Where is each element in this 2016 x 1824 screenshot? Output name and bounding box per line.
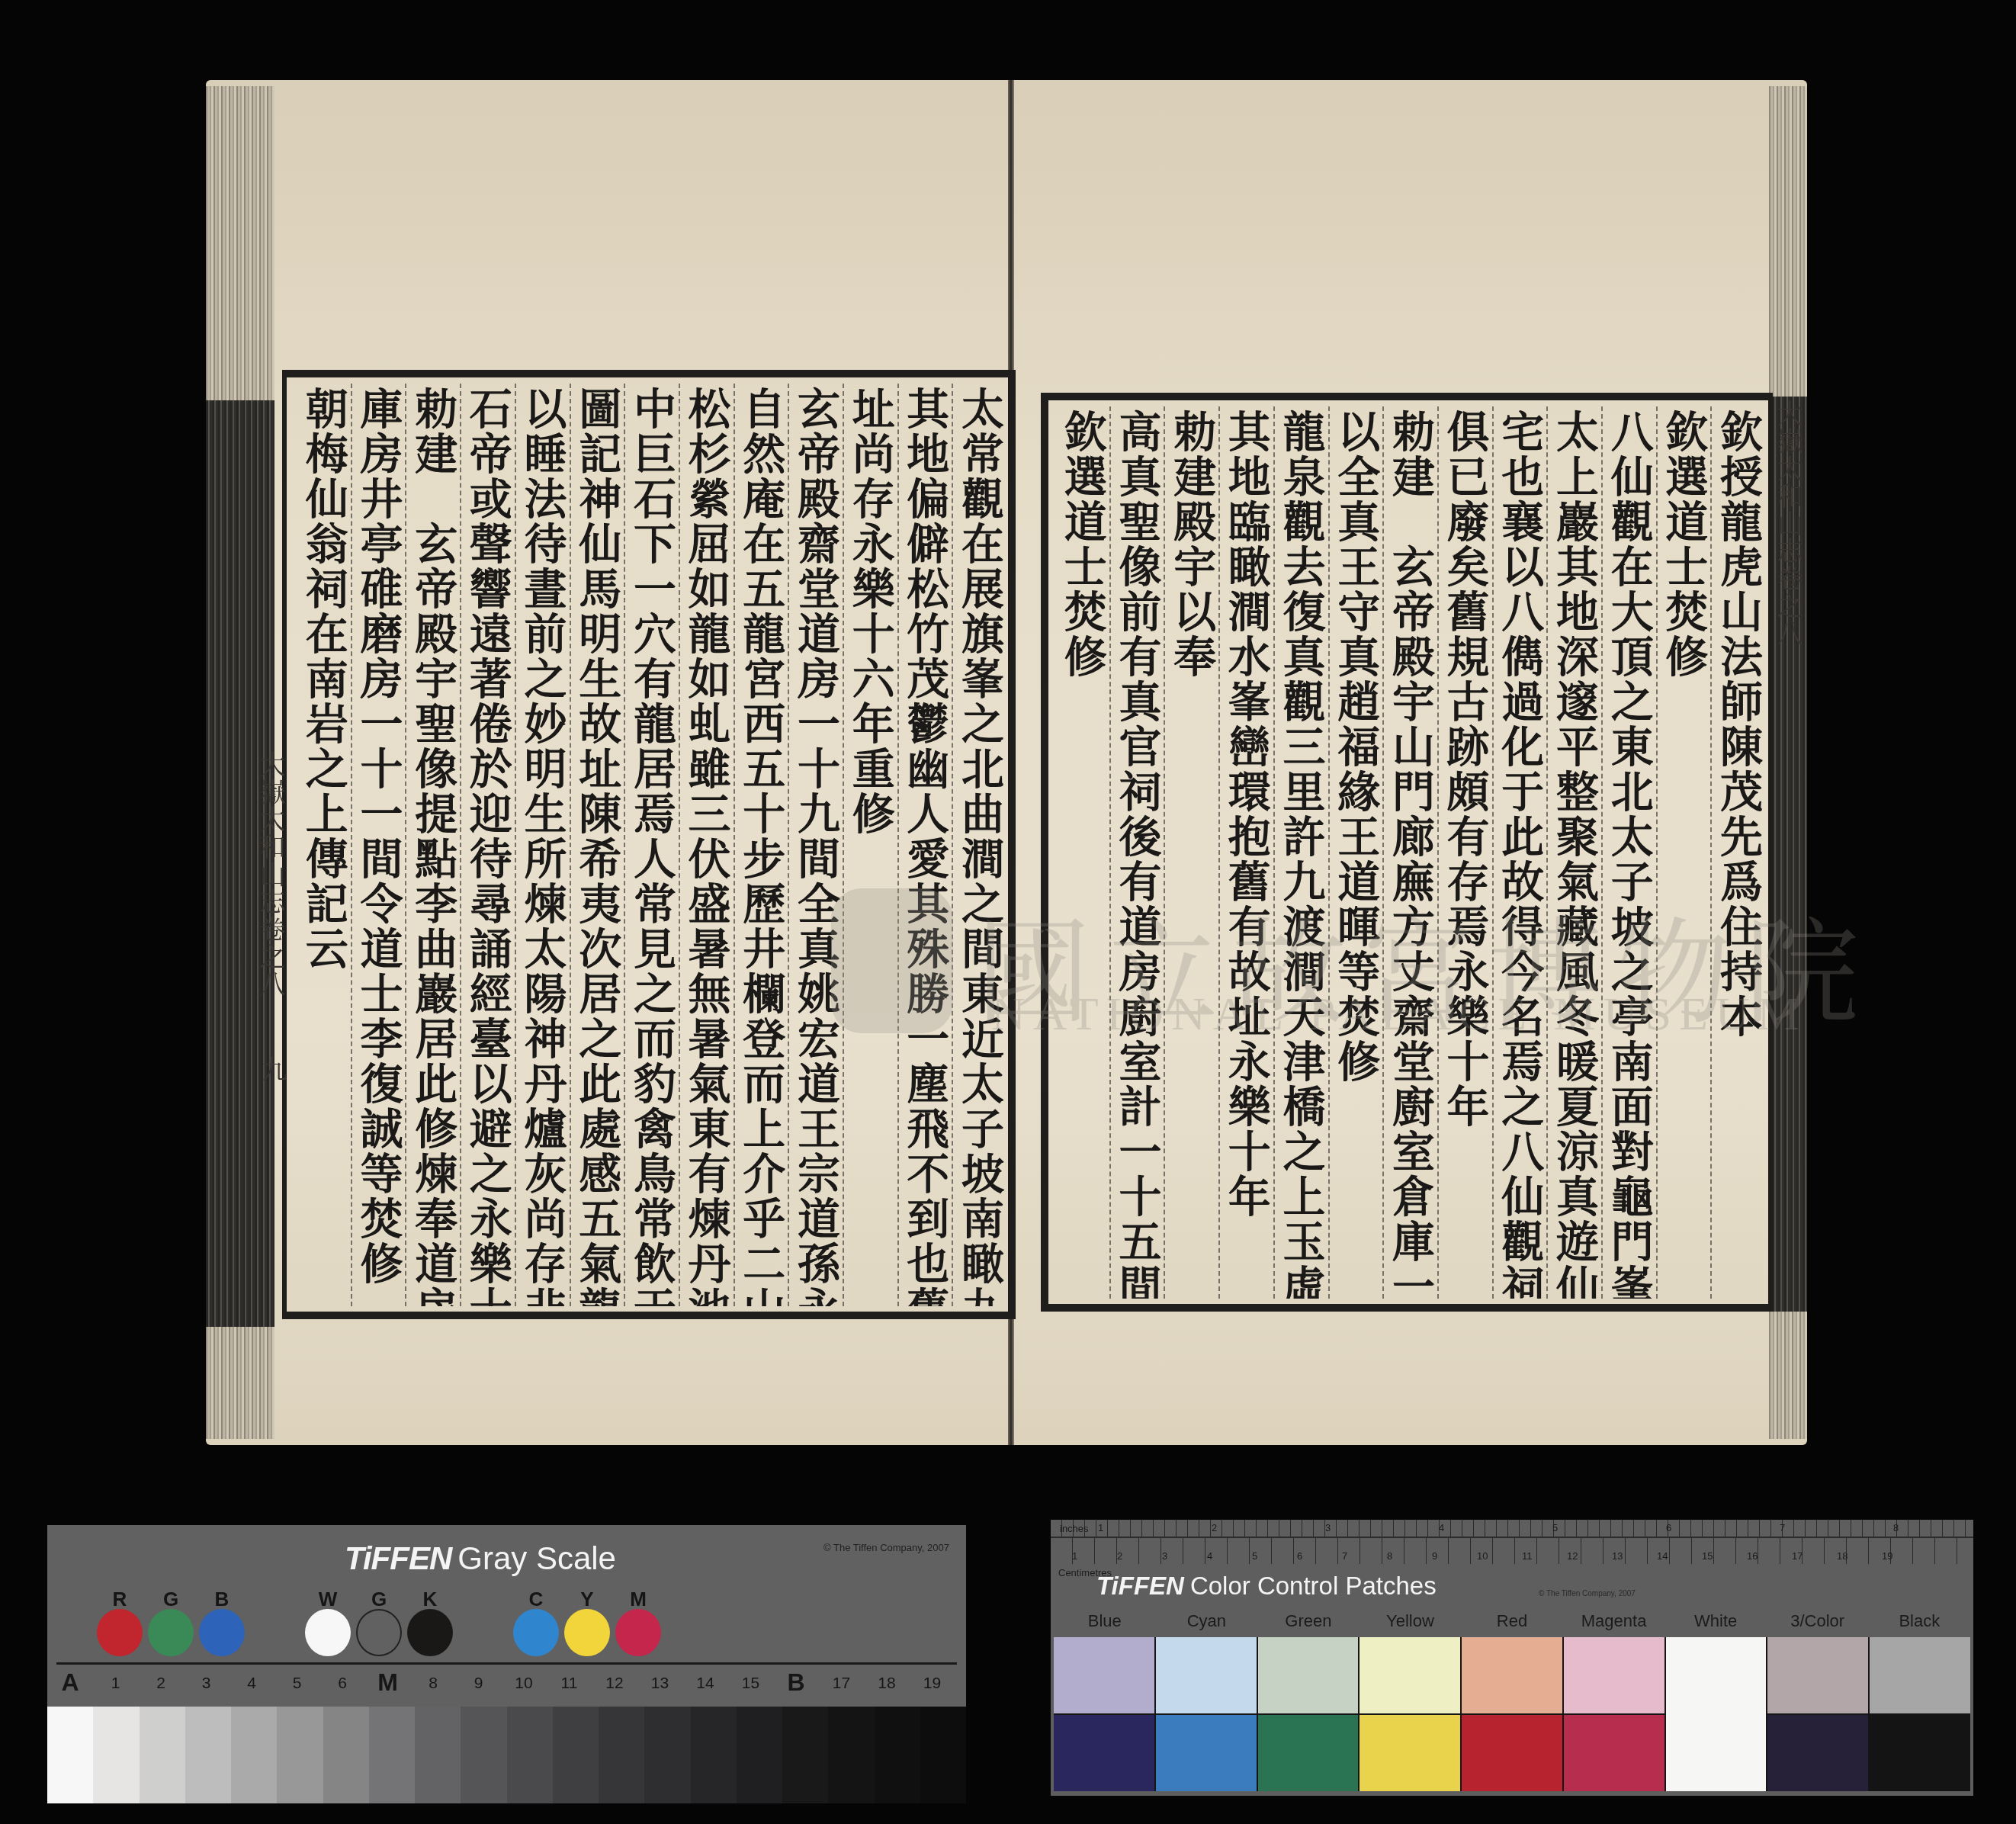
text-column: 自然庵在五龍宮西五十步歷井欄登而上介乎二山之間 bbox=[734, 384, 788, 1306]
step-label: 6 bbox=[327, 1675, 358, 1693]
text-column: 玄帝殿齋堂道房一十九間全真姚宏道王宗道孫永道焚脩 bbox=[788, 384, 843, 1306]
patch-label: Cyan bbox=[1156, 1611, 1258, 1631]
right-page-text: 欽授龍虎山法師陳茂先爲住持本 欽選道士焚修 八仙觀在大頂之東北太子坡之亭南面對龜… bbox=[1056, 406, 1765, 1299]
dot-label: G bbox=[356, 1588, 402, 1611]
cm-tick: 10 bbox=[1477, 1550, 1488, 1562]
cm-tick: 8 bbox=[1387, 1550, 1392, 1562]
step-label: 13 bbox=[645, 1675, 676, 1693]
left-page-text: 太常觀在展旗峯之北曲澗之間東近太子坡南瞰九渡澗 其地偏僻松竹茂鬱幽人愛其殊勝一塵… bbox=[297, 384, 1006, 1306]
dot-label: R bbox=[97, 1588, 143, 1611]
gray-step bbox=[47, 1707, 93, 1803]
reference-dot-icon bbox=[615, 1609, 661, 1656]
gray-step bbox=[231, 1707, 277, 1803]
cm-tick: 7 bbox=[1342, 1550, 1347, 1562]
text-column: 宅也襄以八儁過化于此故得今名焉之八仙觀祠守仙室 bbox=[1492, 406, 1547, 1299]
dot-label: K bbox=[407, 1588, 453, 1611]
step-label: 18 bbox=[872, 1675, 902, 1693]
text-column: 朝梅仙翁祠在南岩之上傳記云 bbox=[297, 384, 351, 1306]
step-label: 9 bbox=[464, 1675, 494, 1693]
text-column: 欽授龍虎山法師陳茂先爲住持本 bbox=[1710, 406, 1765, 1299]
open-book: 太常觀在展旗峯之北曲澗之間東近太子坡南瞰九渡澗 其地偏僻松竹茂鬱幽人愛其殊勝一塵… bbox=[206, 80, 1807, 1445]
gray-step bbox=[920, 1707, 966, 1803]
text-column: 欽選道士焚修 bbox=[1056, 406, 1109, 1299]
gray-chart-copyright: © The Tiffen Company, 2007 bbox=[823, 1542, 949, 1553]
gray-step bbox=[599, 1707, 644, 1803]
color-patch bbox=[1360, 1715, 1460, 1791]
text-column: 圖記神仙馬明生故址陳希夷次居之此處感五氣龍君授 bbox=[570, 384, 624, 1306]
text-column: 其地臨瞰澗水峯巒環抱舊有故址永樂十年 bbox=[1218, 406, 1273, 1299]
color-control-chart: inches Centimetres 123456781234567891011… bbox=[1051, 1520, 1973, 1796]
cm-tick: 12 bbox=[1567, 1550, 1578, 1562]
text-column: 以睡法待晝前之妙明生所煉太陽神丹爐灰尚存非鐵非 bbox=[515, 384, 570, 1306]
cm-tick: 1 bbox=[1072, 1550, 1077, 1562]
color-patch bbox=[1156, 1715, 1257, 1791]
gray-step bbox=[644, 1707, 690, 1803]
inch-tick: 3 bbox=[1325, 1522, 1331, 1533]
inch-tick: 1 bbox=[1098, 1522, 1103, 1533]
text-column: 勅建殿宇以奉 bbox=[1164, 406, 1218, 1299]
text-column: 址尚存永樂十六年重修 bbox=[843, 384, 897, 1306]
color-patch bbox=[1462, 1715, 1562, 1791]
color-patch bbox=[1767, 1715, 1868, 1791]
color-patch bbox=[1258, 1637, 1359, 1713]
color-patch bbox=[1462, 1637, 1562, 1713]
patch-label: Green bbox=[1257, 1611, 1360, 1631]
color-patch bbox=[1870, 1715, 1970, 1791]
text-column: 松杉縈屈如龍如虬雖三伏盛暑無暑氣東有煉丹池水 bbox=[679, 384, 734, 1306]
color-patch bbox=[1666, 1637, 1767, 1791]
gray-step bbox=[277, 1707, 323, 1803]
cm-tick: 6 bbox=[1297, 1550, 1302, 1562]
text-column: 太上巖其地深邃平整聚氣藏風冬暖夏涼真遊仙宴息之 bbox=[1546, 406, 1601, 1299]
gray-step bbox=[828, 1707, 874, 1803]
reference-dot-icon bbox=[148, 1609, 194, 1656]
reference-dot-icon bbox=[97, 1609, 143, 1656]
step-label: 14 bbox=[690, 1675, 721, 1693]
color-patch bbox=[1054, 1637, 1154, 1713]
step-label: 3 bbox=[191, 1675, 222, 1693]
text-column: 龍泉觀去復真觀三里許九渡澗天津橋之上玉虛巖之北 bbox=[1273, 406, 1328, 1299]
gray-step bbox=[369, 1707, 415, 1803]
gray-step bbox=[875, 1707, 920, 1803]
gray-step bbox=[737, 1707, 782, 1803]
cm-tick: 13 bbox=[1612, 1550, 1623, 1562]
patch-label: Red bbox=[1461, 1611, 1563, 1631]
step-label: 4 bbox=[236, 1675, 267, 1693]
step-label: A bbox=[55, 1668, 85, 1697]
patch-label: White bbox=[1664, 1611, 1767, 1631]
step-label: 15 bbox=[736, 1675, 766, 1693]
chart-divider bbox=[56, 1662, 957, 1665]
reference-dot-icon bbox=[305, 1609, 351, 1656]
step-label: 12 bbox=[599, 1675, 630, 1693]
step-label: 1 bbox=[101, 1675, 131, 1693]
color-patch bbox=[1564, 1715, 1664, 1791]
text-column: 石帝或聲響遠著倦於迎待尋誦經臺以避之永樂十年 bbox=[460, 384, 515, 1306]
color-patch bbox=[1360, 1637, 1460, 1713]
text-column: 庫房井亭碓磨房一十一間令道士李復誠等焚修 bbox=[351, 384, 406, 1306]
text-column: 欽選道士焚修 bbox=[1656, 406, 1711, 1299]
text-column: 高真聖像前有真官祠後有道房廚室計一十五間 bbox=[1109, 406, 1164, 1299]
gray-step bbox=[185, 1707, 231, 1803]
patch-label: Magenta bbox=[1563, 1611, 1665, 1631]
reference-dot-icon bbox=[564, 1609, 610, 1656]
color-patch bbox=[1156, 1637, 1257, 1713]
cm-tick: 19 bbox=[1882, 1550, 1892, 1562]
step-label: 10 bbox=[509, 1675, 539, 1693]
cm-tick: 5 bbox=[1252, 1550, 1257, 1562]
centimetre-ruler bbox=[1051, 1538, 1973, 1564]
tiffen-logo: TiFFEN bbox=[345, 1540, 451, 1576]
reference-dot-icon bbox=[199, 1609, 245, 1656]
step-label: M bbox=[373, 1668, 403, 1697]
inch-unit-label: inches bbox=[1060, 1523, 1089, 1534]
tiffen-logo: TiFFEN bbox=[1096, 1572, 1184, 1600]
text-column: 勅建 玄帝殿宇聖像提點李曲巖居此修煉奉道房廚室 bbox=[405, 384, 460, 1306]
left-folio-number: 九 bbox=[253, 1056, 291, 1084]
gray-step bbox=[461, 1707, 506, 1803]
step-label: 19 bbox=[917, 1675, 948, 1693]
inch-tick: 7 bbox=[1780, 1522, 1785, 1533]
gray-step bbox=[140, 1707, 185, 1803]
dot-label: W bbox=[305, 1588, 351, 1611]
cm-tick: 18 bbox=[1837, 1550, 1847, 1562]
step-label: B bbox=[781, 1668, 811, 1697]
cm-tick: 3 bbox=[1162, 1550, 1167, 1562]
text-column: 太常觀在展旗峯之北曲澗之間東近太子坡南瞰九渡澗 bbox=[952, 384, 1006, 1306]
reference-dot-icon bbox=[513, 1609, 559, 1656]
text-column: 以全真王守真趙福緣王道暉等焚修 bbox=[1328, 406, 1383, 1299]
dot-label: C bbox=[513, 1588, 559, 1611]
color-chart-copyright: © The Tiffen Company, 2007 bbox=[1539, 1590, 1636, 1598]
color-chart-title: TiFFENColor Control Patches bbox=[1096, 1572, 1437, 1601]
cm-tick: 4 bbox=[1207, 1550, 1212, 1562]
cm-tick: 17 bbox=[1792, 1550, 1803, 1562]
color-patches bbox=[1054, 1637, 1970, 1791]
cm-tick: 14 bbox=[1657, 1550, 1668, 1562]
dot-label: M bbox=[615, 1588, 661, 1611]
cm-tick: 11 bbox=[1522, 1550, 1533, 1562]
text-column: 勅建 玄帝殿宇山門廊廡方丈齋堂廚室倉庫一十八間 bbox=[1382, 406, 1437, 1299]
cm-tick: 16 bbox=[1747, 1550, 1758, 1562]
gray-step bbox=[93, 1707, 139, 1803]
inch-tick: 2 bbox=[1212, 1522, 1217, 1533]
inch-tick: 4 bbox=[1439, 1522, 1444, 1533]
dot-label: B bbox=[199, 1588, 245, 1611]
color-patch bbox=[1054, 1715, 1154, 1791]
gray-step bbox=[323, 1707, 369, 1803]
patch-label: 3/Color bbox=[1767, 1611, 1869, 1631]
inch-tick: 5 bbox=[1552, 1522, 1558, 1533]
inch-ruler bbox=[1051, 1520, 1973, 1538]
color-patch bbox=[1564, 1637, 1664, 1713]
dot-label: G bbox=[148, 1588, 194, 1611]
color-patch bbox=[1767, 1637, 1868, 1713]
right-banxin-title: 大嶽太和山志卷之八 bbox=[1769, 400, 1806, 647]
step-label: 17 bbox=[827, 1675, 857, 1693]
gray-steps bbox=[47, 1707, 966, 1803]
step-label: 11 bbox=[554, 1675, 585, 1693]
gray-step bbox=[553, 1707, 599, 1803]
gray-step bbox=[782, 1707, 828, 1803]
gray-chart-title: TiFFENGray Scale bbox=[345, 1540, 616, 1577]
reference-dot-icon bbox=[356, 1609, 402, 1656]
cm-tick: 15 bbox=[1702, 1550, 1713, 1562]
patch-label: Black bbox=[1869, 1611, 1971, 1631]
step-label: 8 bbox=[418, 1675, 448, 1693]
text-column: 八仙觀在大頂之東北太子坡之亭南面對龜門峯左邑 bbox=[1601, 406, 1656, 1299]
step-label: 2 bbox=[146, 1675, 176, 1693]
inch-tick: 8 bbox=[1893, 1522, 1899, 1533]
text-column: 中巨石下一穴有龍居焉人常見之而豹禽鳥常飲于此按 bbox=[624, 384, 679, 1306]
color-patch bbox=[1870, 1637, 1970, 1713]
gray-step bbox=[691, 1707, 737, 1803]
patch-label: Blue bbox=[1054, 1611, 1156, 1631]
inch-tick: 6 bbox=[1666, 1522, 1671, 1533]
patch-labels: BlueCyanGreenYellowRedMagentaWhite3/Colo… bbox=[1054, 1611, 1970, 1631]
gray-step bbox=[507, 1707, 553, 1803]
text-column: 俱已廢矣舊規古跡頗有存焉永樂十年 bbox=[1437, 406, 1492, 1299]
gray-step bbox=[415, 1707, 461, 1803]
gray-scale-chart: TiFFENGray Scale © The Tiffen Company, 2… bbox=[47, 1525, 966, 1803]
dot-label: Y bbox=[564, 1588, 610, 1611]
cm-tick: 9 bbox=[1432, 1550, 1437, 1562]
color-patch bbox=[1258, 1715, 1359, 1791]
cm-tick: 2 bbox=[1117, 1550, 1122, 1562]
left-banxin-title: 大嶽太和山志卷之八 bbox=[252, 751, 289, 998]
reference-dot-icon bbox=[407, 1609, 453, 1656]
patch-label: Yellow bbox=[1360, 1611, 1462, 1631]
step-label: 5 bbox=[282, 1675, 313, 1693]
text-column: 其地偏僻松竹茂鬱幽人愛其殊勝一塵飛不到也舊有故 bbox=[897, 384, 952, 1306]
